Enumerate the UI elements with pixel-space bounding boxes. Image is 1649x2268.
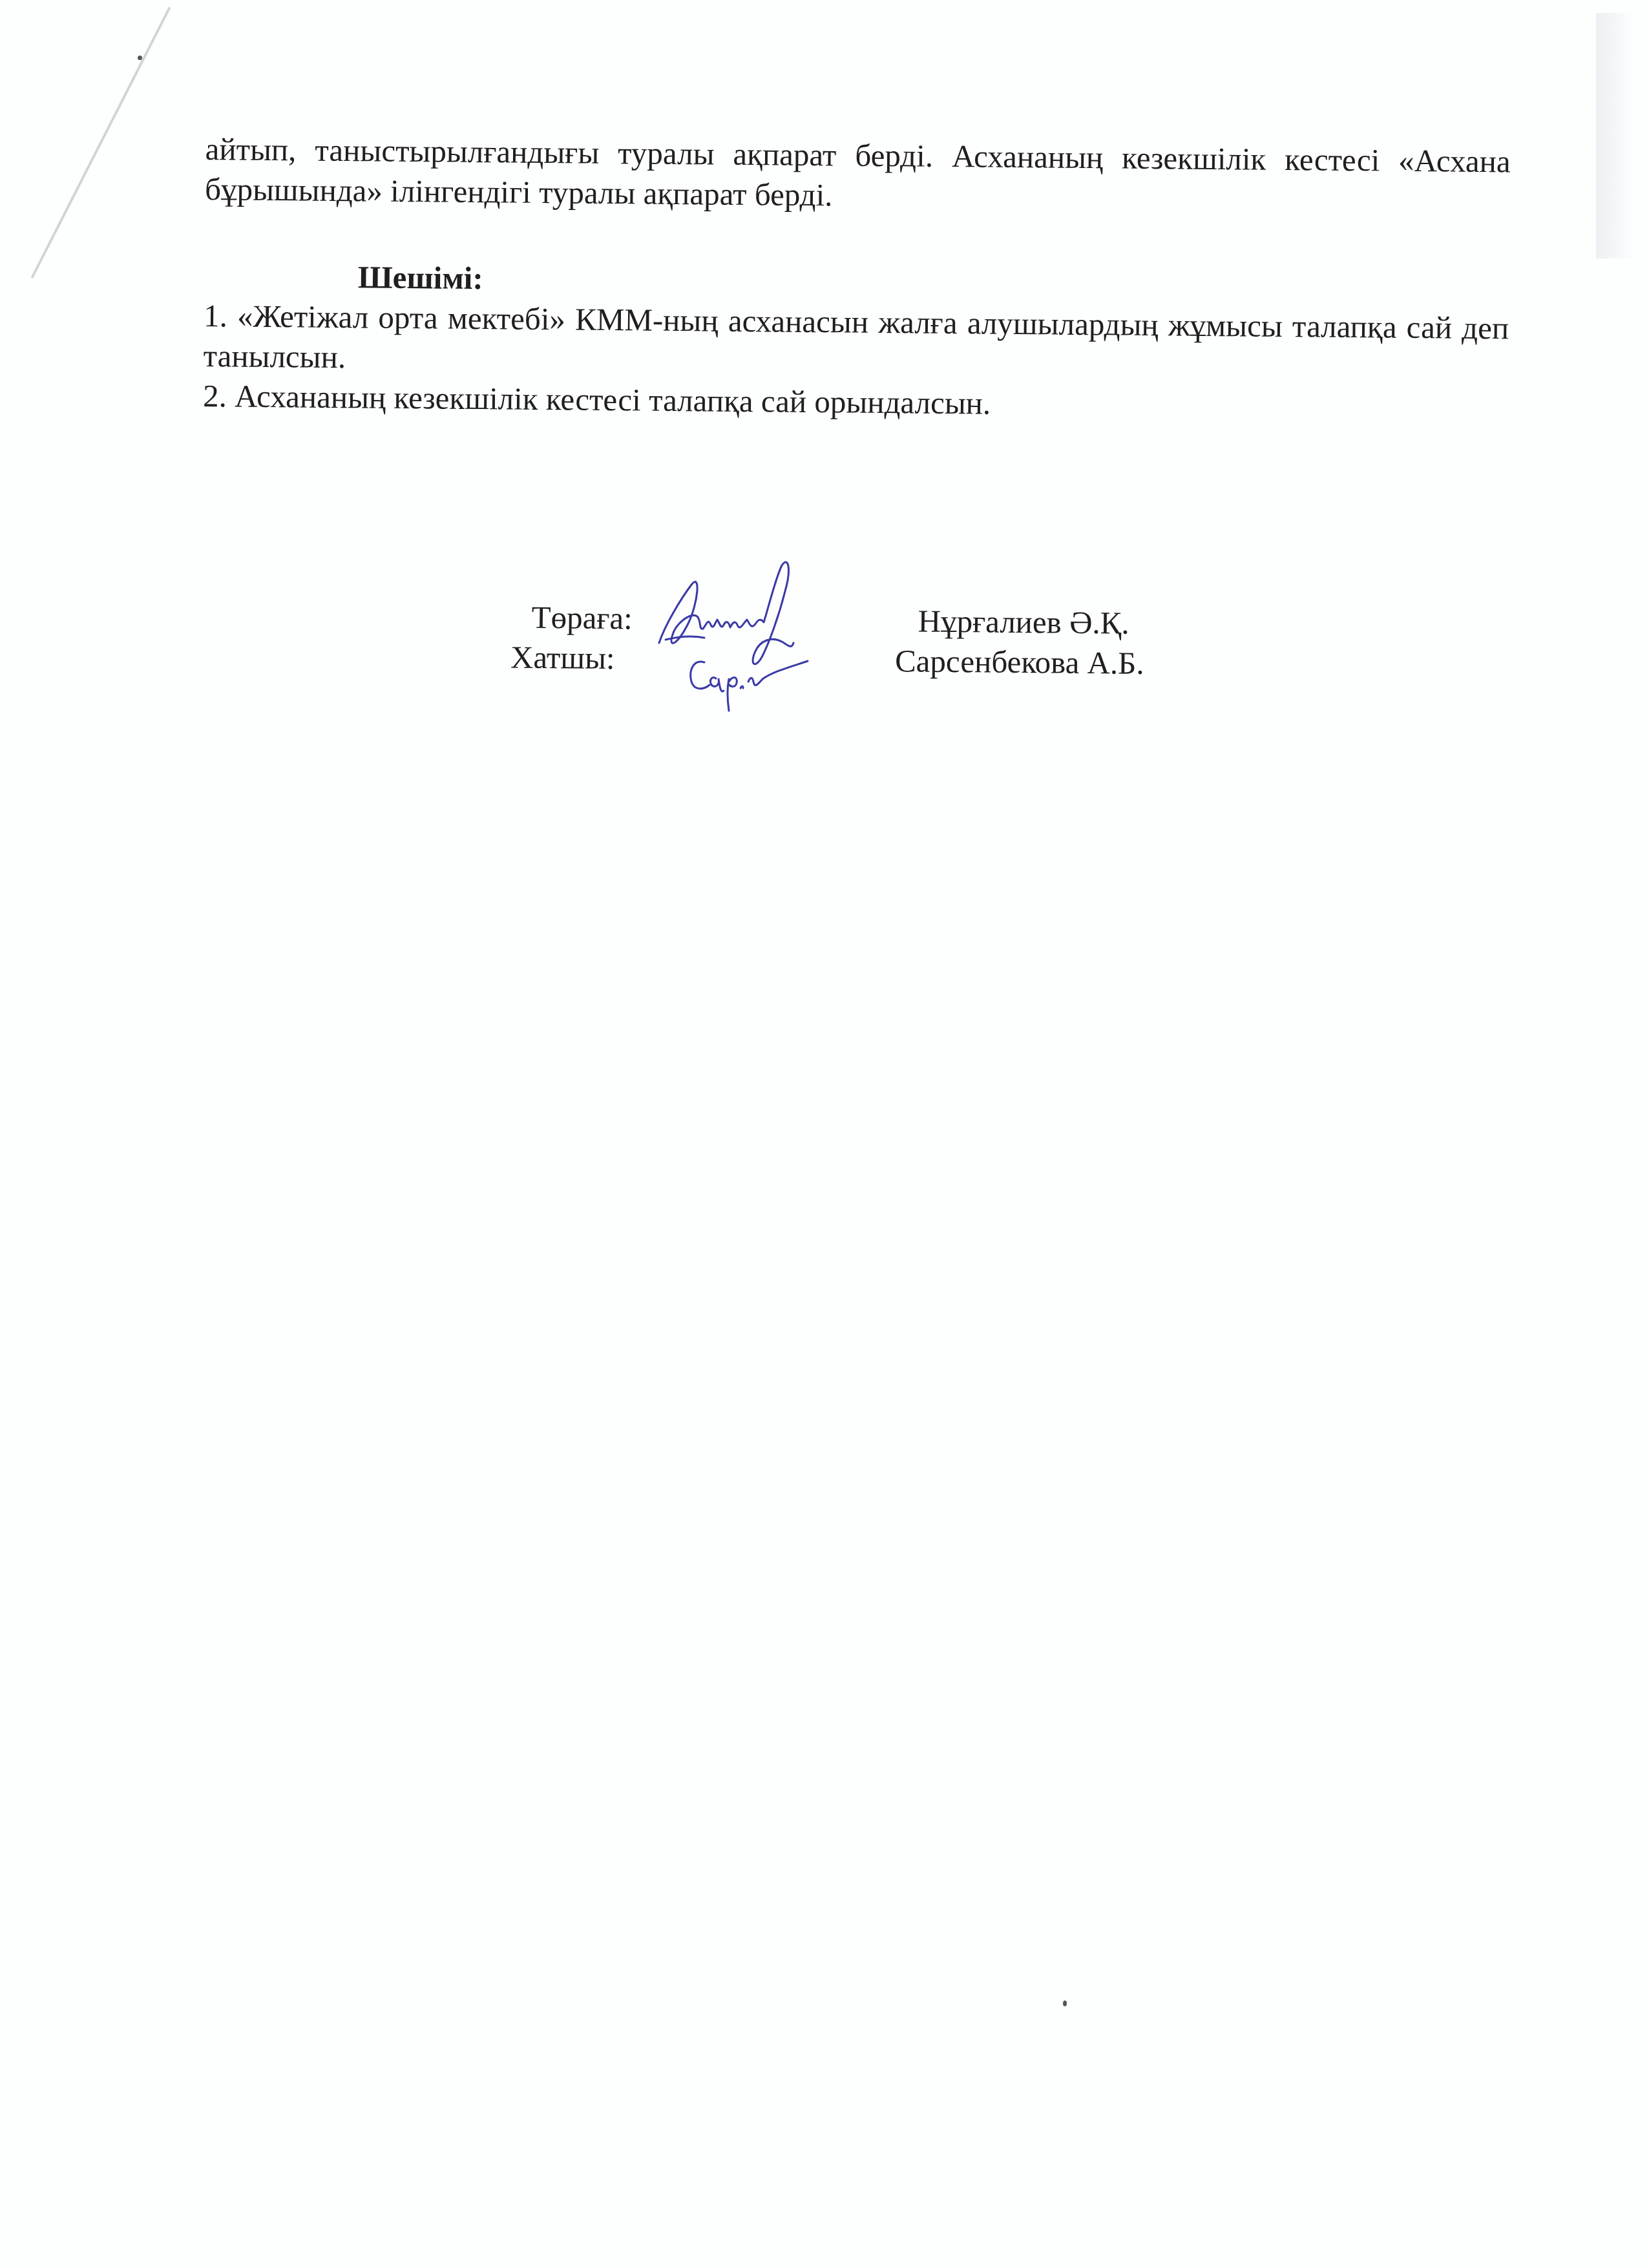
decision-list: 1. «Жетіжал орта мектебі» КММ-ның асхана… [203, 296, 1509, 428]
scan-fold-line [30, 6, 172, 278]
secretary-name: Сарсенбекова А.Б. [895, 641, 1144, 684]
signature-block: Төраға: Нұрғалиев Ә.Қ. Хатшы: Сарсенбеко… [510, 597, 1254, 733]
intro-paragraph: айтып, таныстырылғандығы туралы ақпарат … [205, 129, 1511, 222]
secretary-role-label: Хатшы: [510, 637, 615, 678]
scan-speck [1063, 2000, 1067, 2006]
document-page: айтып, таныстырылғандығы туралы ақпарат … [203, 129, 1511, 428]
decision-item-1: 1. «Жетіжал орта мектебі» КММ-ның асхана… [203, 296, 1509, 388]
scan-edge-shadow [1596, 13, 1635, 258]
chair-name: Нұрғалиев Ә.Қ. [918, 602, 1129, 644]
chair-role-label: Төраға: [531, 598, 633, 638]
scan-speck [138, 56, 142, 60]
